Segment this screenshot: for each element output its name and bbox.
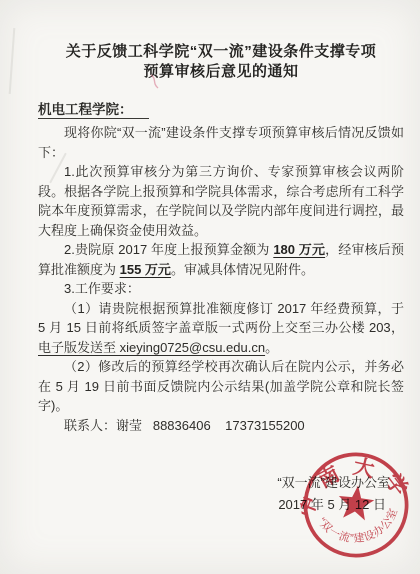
title-line-2: 预算审核后意见的通知: [38, 62, 404, 82]
recipient-line: 机电工程学院：: [38, 100, 404, 119]
paragraph-segment: （2）修改后的预算经学校再次确认后在院内公示，并务必在 5 月 19 日前书面反…: [38, 359, 404, 413]
paragraph-segment: 。: [265, 340, 278, 355]
red-pen-mark: [148, 73, 163, 91]
scanned-document: { "document": { "title_line1": "关于反馈工科学院…: [0, 0, 420, 574]
paragraph-segment: 联系人：谢莹 88836406 17373155200: [64, 418, 305, 433]
paragraph-segment: 2.贵院原 2017 年度上报预算金额为: [64, 242, 273, 257]
paragraph: （2）修改后的预算经学校再次确认后在院内公示，并务必在 5 月 19 日前书面反…: [38, 357, 404, 416]
recipient-name: 机电工程学院：: [38, 102, 149, 119]
paragraph-segment: 电子版发送至 xieying0725@csu.edu.cn: [38, 340, 265, 355]
paragraph: （1）请贵院根据预算批准额度修订 2017 年经费预算，于 5 月 15 日前将…: [38, 299, 404, 358]
paragraph: 2.贵院原 2017 年度上报预算金额为 180 万元，经审核后预算批准额度为 …: [38, 240, 404, 279]
document-title: 关于反馈工科学院“双一流”建设条件支撑专项 预算审核后意见的通知: [38, 42, 404, 82]
paragraph-segment: 180 万元: [273, 242, 325, 257]
official-seal: 中南大学 “双一流”建设办公室: [294, 443, 418, 567]
paragraph-segment: 155 万元: [120, 262, 171, 277]
seal-star: [336, 483, 376, 521]
paragraph: 现将你院“双一流”建设条件支撑专项预算审核后情况反馈如下：: [38, 123, 404, 162]
paragraph: 3.工作要求：: [38, 279, 404, 299]
paragraph-segment: 。审减具体情况见附件。: [171, 262, 314, 277]
paragraph: 1.此次预算审核分为第三方询价、专家预算审核会议两阶段。根据各学院上报预算和学院…: [38, 162, 404, 240]
paragraph-segment: （1）请贵院根据预算批准额度修订 2017 年经费预算，于 5 月 15 日前将…: [38, 301, 408, 336]
paragraph-segment: 3.工作要求：: [64, 281, 140, 296]
paragraph-segment: 现将你院“双一流”建设条件支撑专项预算审核后情况反馈如下：: [38, 125, 404, 160]
paragraph: 联系人：谢莹 88836406 17373155200: [38, 416, 404, 436]
paragraph-segment: 1.此次预算审核分为第三方询价、专家预算审核会议两阶段。根据各学院上报预算和学院…: [38, 164, 404, 238]
body-paragraphs: 现将你院“双一流”建设条件支撑专项预算审核后情况反馈如下：1.此次预算审核分为第…: [38, 123, 404, 435]
title-line-1: 关于反馈工科学院“双一流”建设条件支撑专项: [38, 42, 404, 62]
